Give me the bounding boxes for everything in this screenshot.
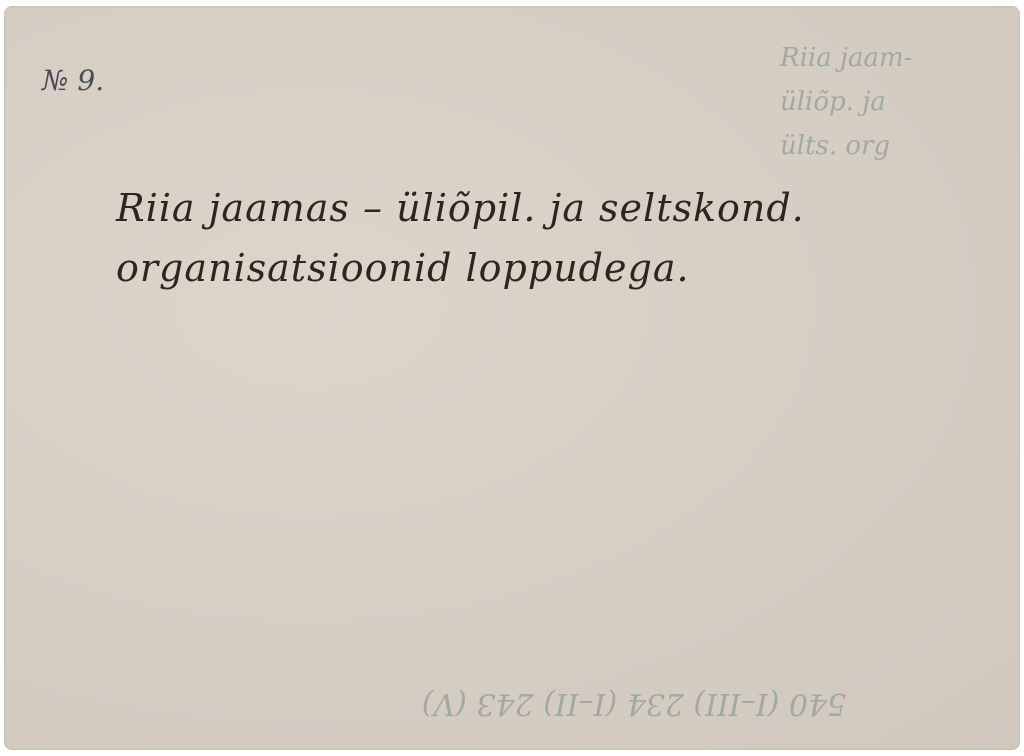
caption-line-2: organisatsioonid loppudega. xyxy=(116,246,690,290)
archive-reference-note: 540 (I–III) 234 (I–II) 243 (V) xyxy=(304,686,964,721)
corner-note-line: Riia jaam- xyxy=(780,36,912,80)
corner-note-line: ülts. org xyxy=(780,124,912,168)
corner-note-line: üliõp. ja xyxy=(780,80,912,124)
postcard-back: № 9. Riia jaamas – üliõpil. ja seltskond… xyxy=(4,6,1020,750)
corner-pencil-note: Riia jaam- üliõp. ja ülts. org xyxy=(780,36,912,168)
caption-line-1: Riia jaamas – üliõpil. ja seltskond. xyxy=(116,186,805,230)
card-number: № 9. xyxy=(42,64,104,97)
